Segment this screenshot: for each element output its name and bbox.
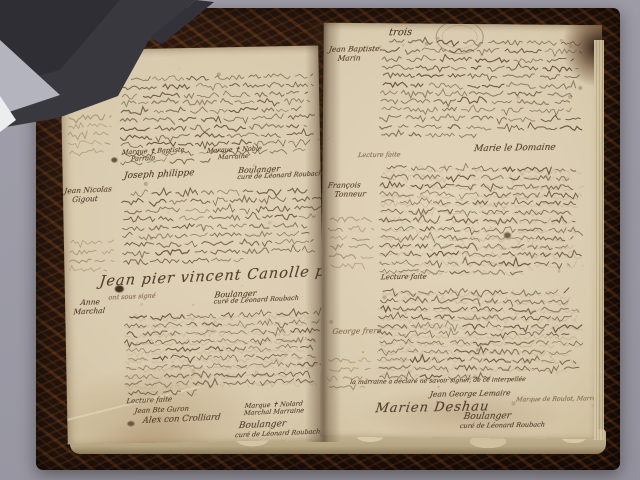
margin-scribble: [65, 110, 112, 166]
fore-edge: [594, 40, 604, 440]
margin-note: André Cla: Philippe: [70, 52, 113, 72]
closing-note: Lecture faite: [381, 273, 428, 282]
photo-background: André Cla: Philippe Jean Nicolas Gigout …: [0, 0, 640, 480]
right-page: trois Jean Baptiste Marin François Tonne…: [320, 23, 602, 439]
manuscript-paragraph: [121, 184, 323, 276]
signature-mark: Marque ✝ Nolard Marchal Marraine: [243, 400, 305, 417]
signature: Jean George Lemaire: [429, 388, 511, 398]
curate-line: curé de Léonard Roubach: [213, 295, 299, 306]
margin-note-line: Marin: [337, 53, 379, 63]
foxing-speck: [242, 285, 243, 286]
manuscript-paragraph: [379, 35, 584, 149]
margin-note-line: Marchal: [73, 306, 106, 316]
foxing-speck: [192, 304, 195, 307]
signature-mark: Marque de Roulot, Marraine: [516, 395, 602, 404]
foxing-speck: [144, 182, 148, 186]
left-page: André Cla: Philippe Jean Nicolas Gigout …: [60, 46, 326, 445]
gutter-shadow: [305, 22, 341, 442]
curate-signature: curé de Léonard Roubach: [459, 421, 545, 431]
manuscript-paragraph: [378, 161, 585, 285]
closing-note: Lecture faite: [358, 150, 402, 159]
signature: Alex con Crolliard: [142, 412, 221, 426]
margin-note: Anne Marchal: [73, 297, 107, 317]
record-heading: Marie le Domaine: [473, 143, 556, 154]
margin-note-line: Philippe: [78, 61, 112, 72]
margin-note-line: Gigout: [72, 193, 112, 204]
foxing-speck: [179, 68, 180, 69]
undersigned-note: ont sous signé: [108, 291, 156, 301]
stand-white-sliver: [0, 96, 16, 132]
foxing-speck: [140, 303, 144, 307]
curate-signature: Boulanger curé de Léonard Roubach: [213, 288, 300, 306]
ink-blot: [127, 421, 134, 426]
mark-line: Marchal Marraine: [243, 407, 304, 417]
signature-mark: Marque ✝ Baptiste Parrain: [121, 146, 185, 163]
manuscript-paragraph: [123, 308, 325, 406]
foxing-speck: [302, 296, 303, 297]
signature-mark: Marque ✝ Noble Marraine: [206, 145, 263, 162]
signature: Joseph philippe: [123, 168, 194, 181]
manuscript-paragraph: [377, 285, 584, 390]
margin-note: Jean Nicolas Gigout: [63, 184, 113, 204]
